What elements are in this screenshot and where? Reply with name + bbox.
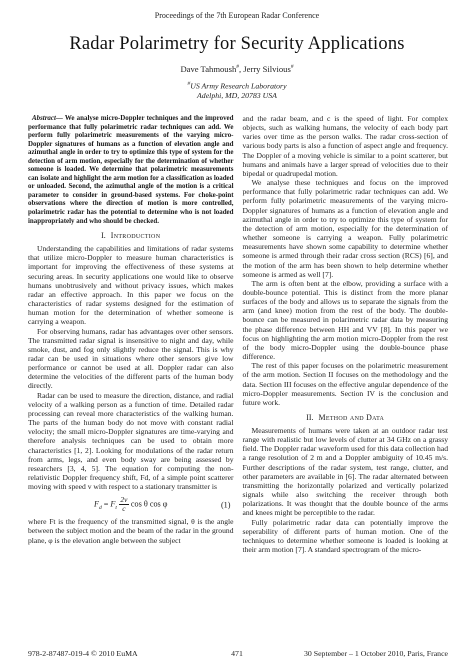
equation-subscript: t (115, 505, 117, 511)
paragraph: We analyse these techniques and focus on… (243, 178, 449, 279)
paragraph: where Ft is the frequency of the transmi… (28, 517, 234, 544)
paragraph: The rest of this paper focuses on the po… (243, 361, 449, 407)
paragraph: Radar can be used to measure the directi… (28, 391, 234, 492)
section-number: II. (306, 413, 313, 422)
conference-header: Proceedings of the 7th European Radar Co… (0, 11, 474, 20)
paragraph: and the radar beam, and c is the speed o… (243, 114, 449, 178)
abstract-text: We analyse micro-Doppler techniques and … (28, 114, 234, 225)
cosine-terms: cos θ cos φ (131, 500, 168, 509)
paragraph: Fully polarimetric radar data can potent… (243, 518, 449, 555)
affiliation-org: US Army Research Laboratory (190, 82, 286, 91)
fraction-denominator: c (119, 505, 129, 513)
author-affiliation-mark: # (291, 64, 294, 70)
equation-number: (1) (221, 500, 231, 509)
equation-1: Fd=Ft2vccos θ cos φ (1) (28, 496, 234, 513)
equation-body: Fd=Ft2vccos θ cos φ (94, 496, 168, 513)
section-heading-introduction: I.Introduction (28, 231, 234, 240)
page-footer: 471 978-2-87487-019-4 © 2010 EuMA 30 Sep… (0, 649, 474, 658)
page-title: Radar Polarimetry for Security Applicati… (0, 34, 474, 55)
author-name: Dave Tahmoush (180, 64, 236, 74)
abstract-label: Abstract— (32, 114, 63, 122)
paragraph: Measurements of humans were taken at an … (243, 426, 449, 518)
author-line: Dave Tahmoush#, Jerry Silvious# (0, 64, 474, 74)
section-number: I. (101, 231, 106, 240)
two-column-body: Abstract— We analyse micro-Doppler techn… (28, 114, 448, 554)
affiliation-address: Adelphi, MD, 20783 USA (0, 91, 474, 101)
section-title: Method and Data (319, 413, 385, 422)
paragraph: The arm is often bent at the elbow, prov… (243, 279, 449, 361)
author-name: Jerry Silvious (243, 64, 291, 74)
page-number: 471 (0, 649, 474, 658)
affiliation-block: #US Army Research Laboratory Adelphi, MD… (0, 80, 474, 101)
section-title: Introduction (111, 231, 161, 240)
paragraph: Understanding the capabilities and limit… (28, 244, 234, 326)
left-column: Abstract— We analyse micro-Doppler techn… (28, 114, 234, 554)
abstract-paragraph: Abstract— We analyse micro-Doppler techn… (28, 114, 234, 225)
paper-page: Proceedings of the 7th European Radar Co… (0, 0, 474, 670)
affiliation-line: #US Army Research Laboratory (0, 80, 474, 91)
right-column: and the radar beam, and c is the speed o… (243, 114, 449, 554)
section-heading-method-and-data: II.Method and Data (243, 413, 449, 422)
paragraph: For observing humans, radar has advantag… (28, 327, 234, 391)
fraction: 2vc (119, 496, 129, 513)
